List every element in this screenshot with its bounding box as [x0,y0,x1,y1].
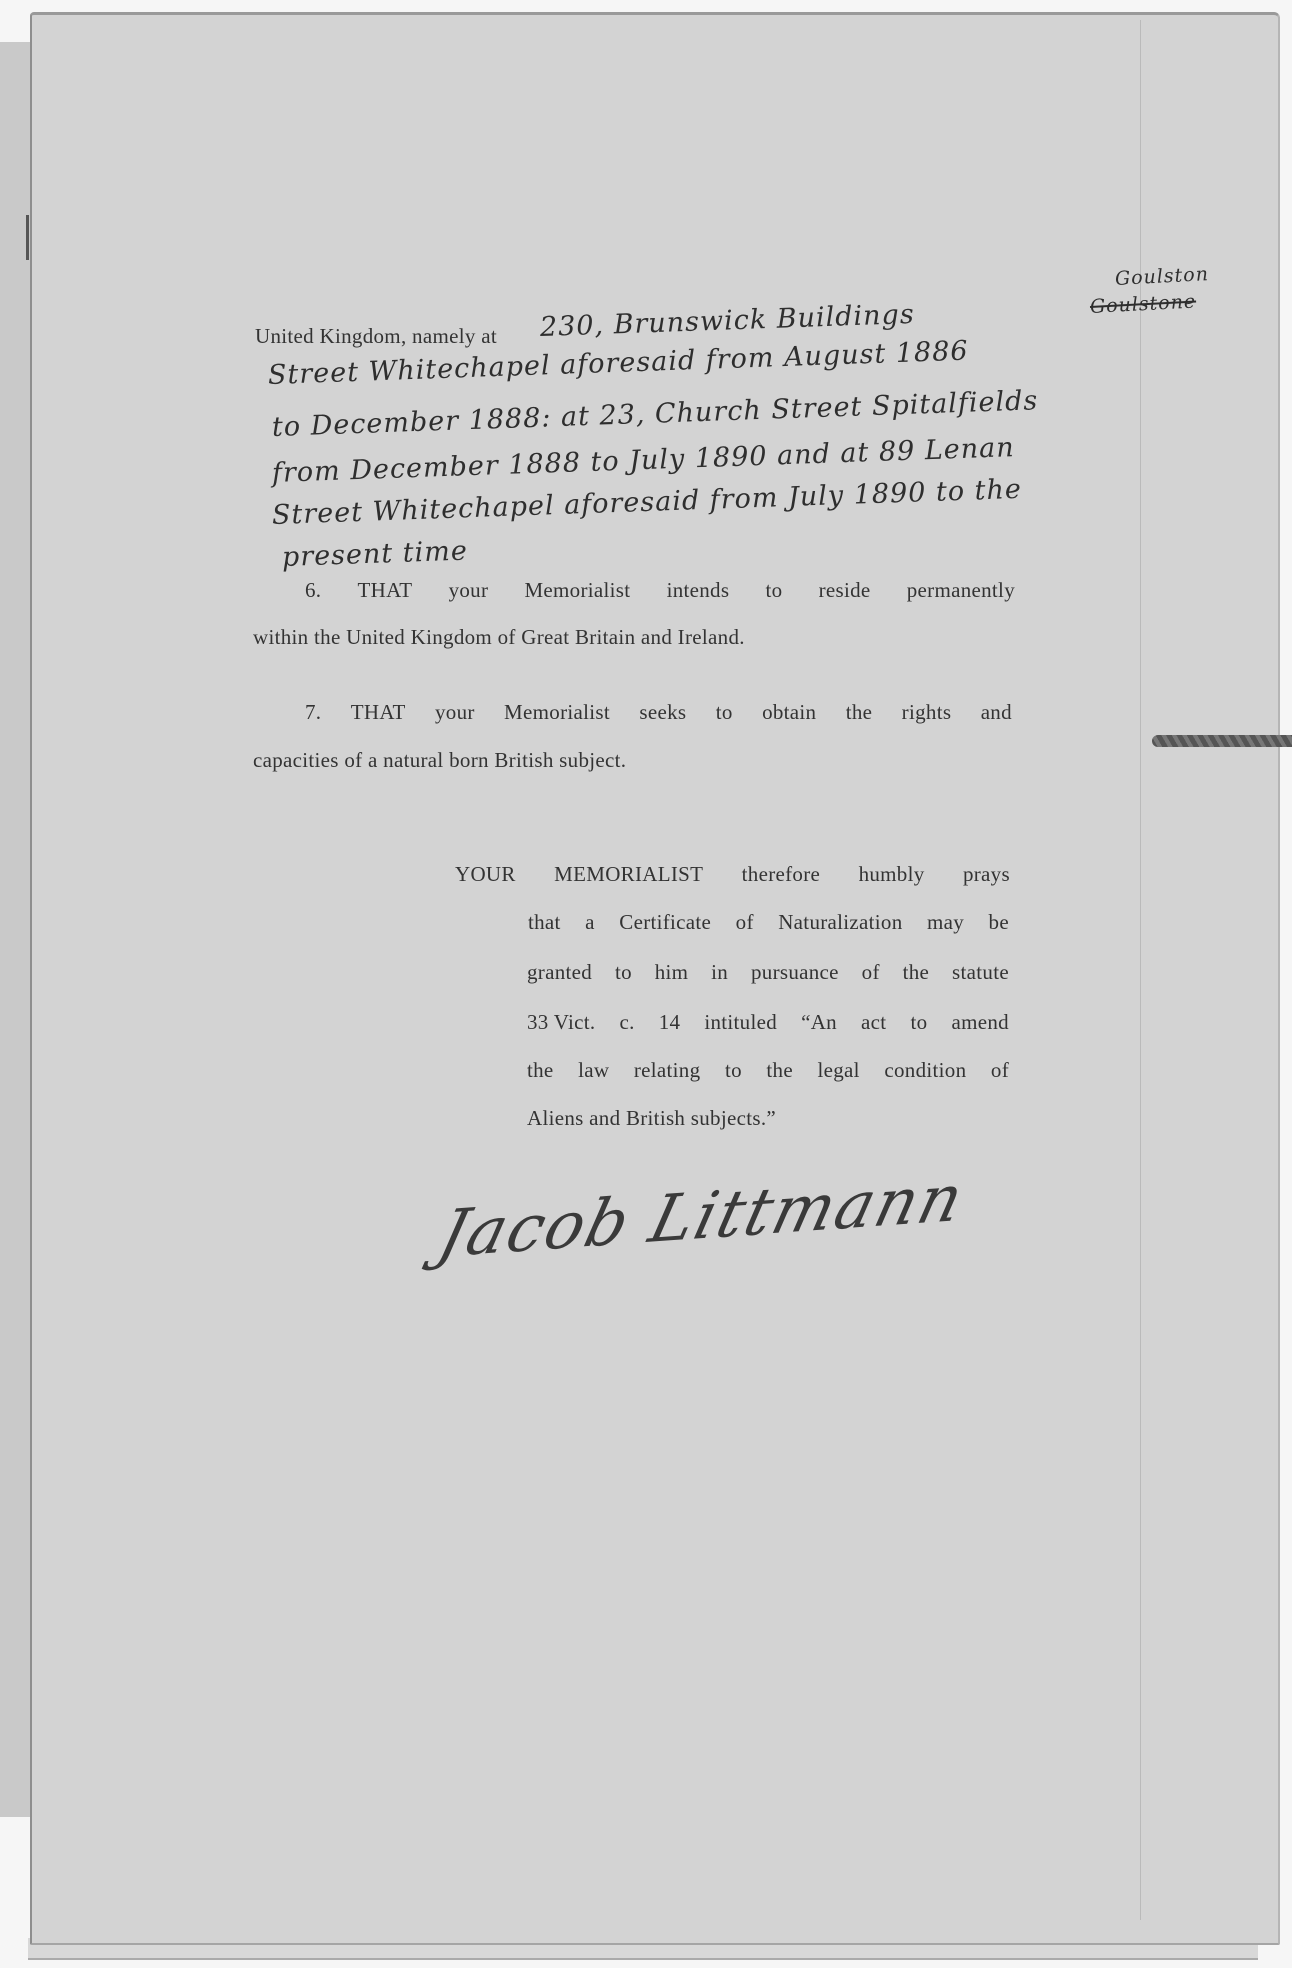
word: him [655,960,689,985]
prayer-line-4: 33 Vict. c. 14 intituled “An act to amen… [527,1010,1009,1035]
printed-address-prefix: United Kingdom, namely at [255,324,497,349]
handwritten-address-line-6: present time [281,536,468,573]
prayer-line-6: Aliens and British subjects.” [527,1106,776,1131]
word: law [578,1058,609,1083]
word: act [861,1010,886,1035]
word: to [725,1058,742,1083]
word: amend [951,1010,1008,1035]
paragraph-6-line-2: within the United Kingdom of Great Brita… [253,625,745,650]
spine-mark [26,215,29,260]
prayer-line-1: YOUR MEMORIALIST therefore humbly prays [455,862,1010,887]
prayer-line-2: that a Certificate of Naturalization may… [528,910,1009,935]
paragraph-number: 7. [305,700,321,725]
word: obtain [762,700,816,725]
word: seeks [639,700,686,725]
word: the [527,1058,554,1083]
word: your [435,700,475,725]
paragraph-7-line-2: capacities of a natural born British sub… [253,748,626,773]
paragraph-number: 6. [305,578,321,603]
word: granted [527,960,592,985]
word: Memorialist [504,700,610,725]
word: YOUR [455,862,516,887]
word: rights [902,700,952,725]
word: a [585,910,595,935]
word: may [927,910,964,935]
word: the [766,1058,793,1083]
word: c. [619,1010,634,1035]
word: pursuance [751,960,839,985]
word: Certificate [619,910,711,935]
word: to [615,960,632,985]
paragraph-7-line-1: 7. THAT your Memorialist seeks to obtain… [305,700,1012,725]
word: and [981,700,1012,725]
word: therefore [742,862,820,887]
word: 33 Vict. [527,1010,595,1035]
word: statute [952,960,1009,985]
word: humbly [859,862,925,887]
word: of [736,910,754,935]
word: permanently [907,578,1015,603]
word: legal [818,1058,860,1083]
word: to [716,700,733,725]
word: the [846,700,873,725]
binding-string [1152,735,1292,747]
word: to [766,578,783,603]
word: 14 [659,1010,681,1035]
prayer-line-5: the law relating to the legal condition … [527,1058,1009,1083]
word: THAT [358,578,413,603]
word: that [528,910,561,935]
word: Memorialist [524,578,630,603]
word: condition [884,1058,966,1083]
word: reside [819,578,871,603]
word: relating [634,1058,701,1083]
word: to [910,1010,927,1035]
word: of [862,960,880,985]
word: prays [963,862,1010,887]
paragraph-6-line-1: 6. THAT your Memorialist intends to resi… [305,578,1015,603]
word: be [989,910,1009,935]
word: the [903,960,930,985]
word: in [711,960,728,985]
word: “An [801,1010,837,1035]
word: of [991,1058,1009,1083]
word: your [449,578,489,603]
word: THAT [351,700,406,725]
word: intends [667,578,730,603]
prayer-line-3: granted to him in pursuance of the statu… [527,960,1009,985]
word: Naturalization [778,910,902,935]
word: MEMORIALIST [554,862,703,887]
word: intituled [704,1010,777,1035]
